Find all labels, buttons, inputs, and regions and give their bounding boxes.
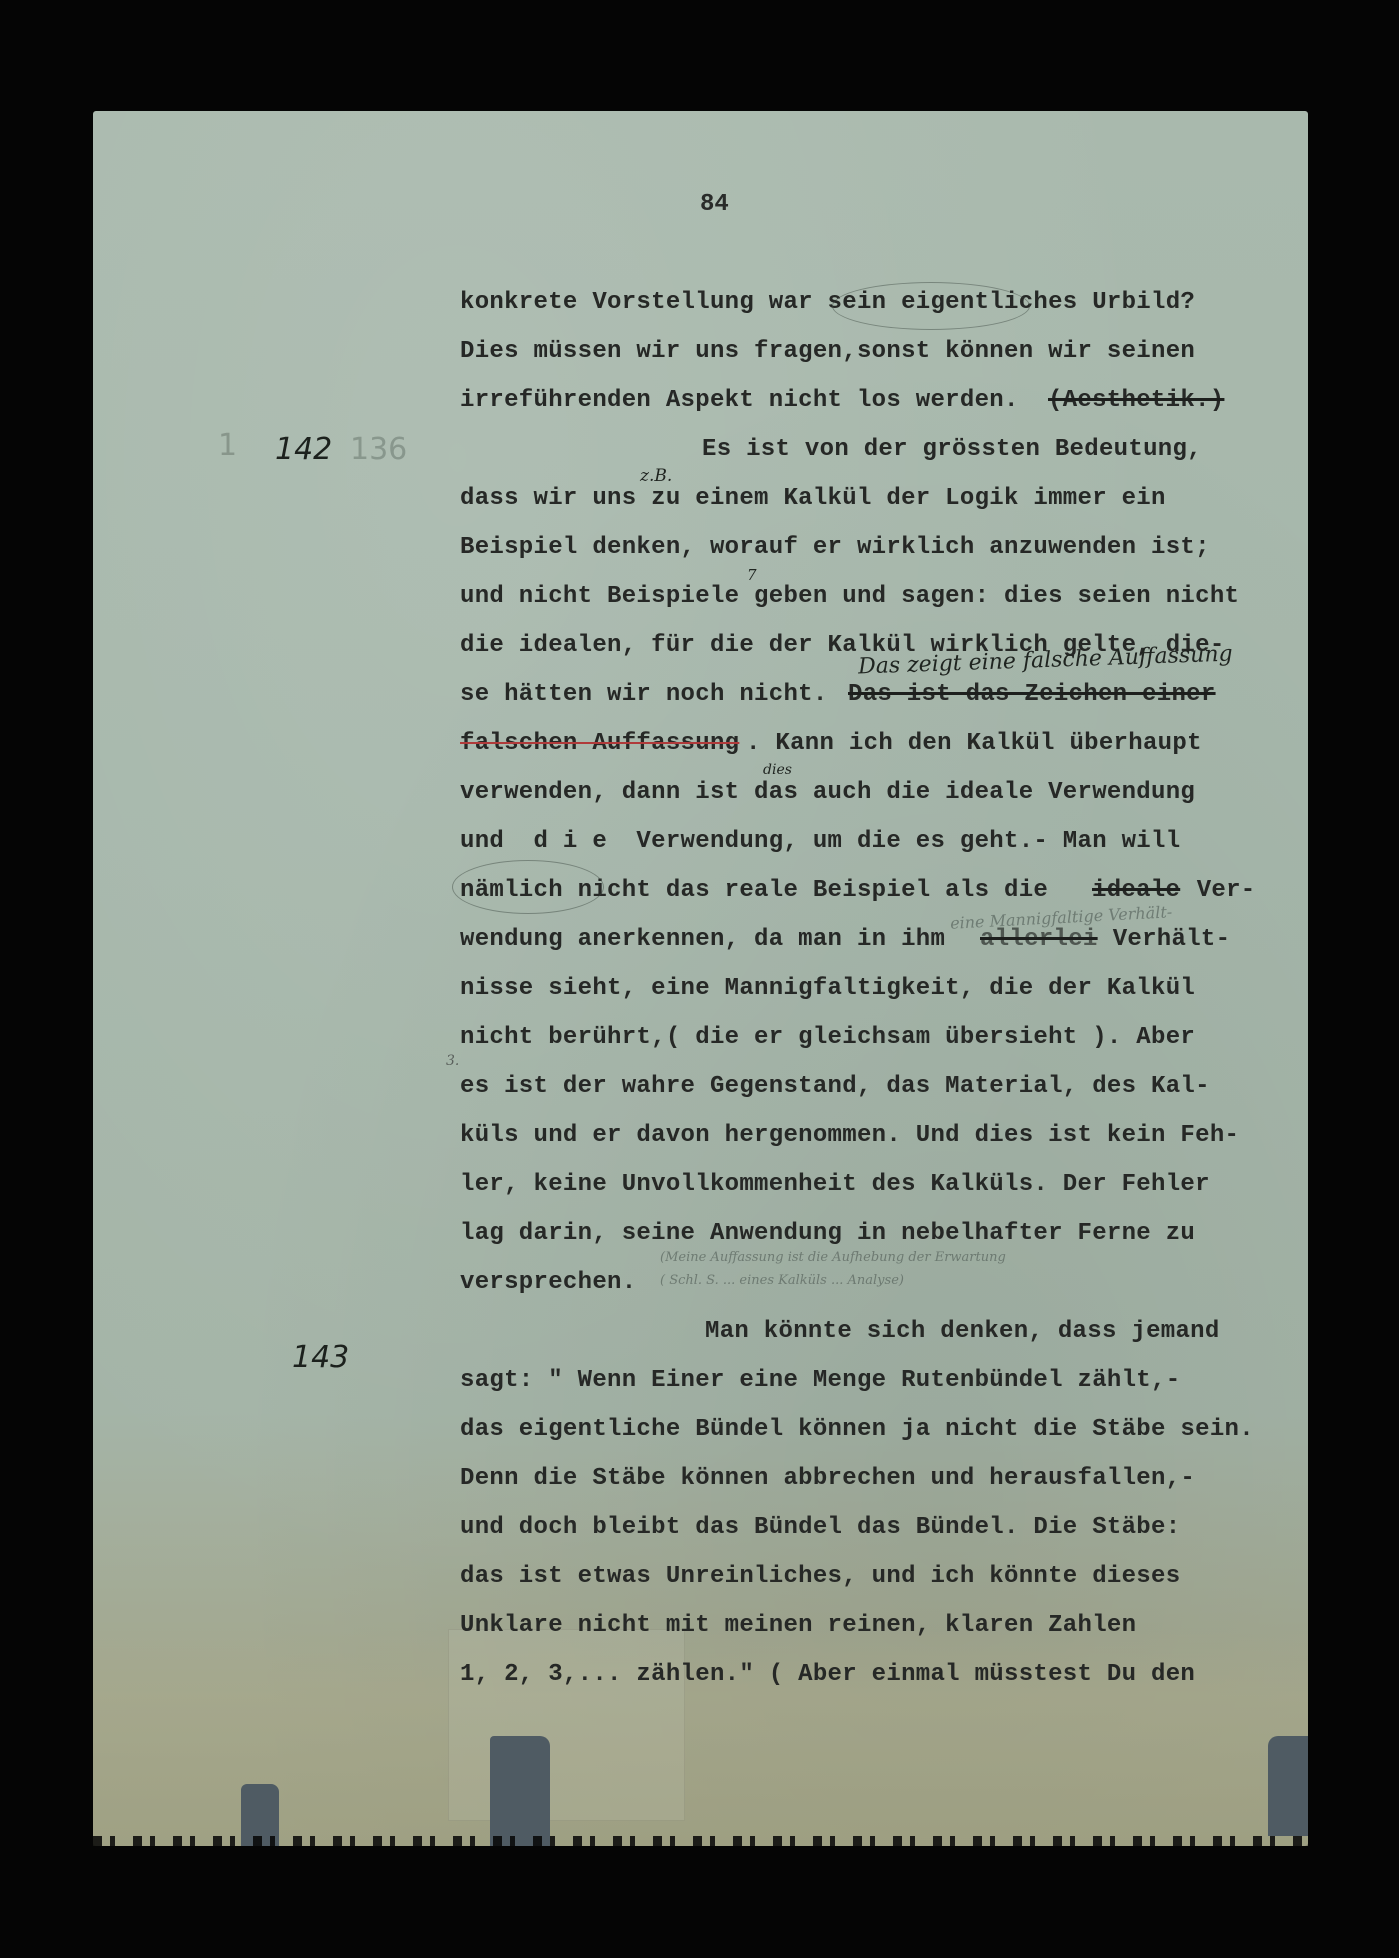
text-line: versprechen. <box>460 1268 636 1298</box>
struck-text: allerlei <box>980 925 1098 955</box>
text-line: sagt: " Wenn Einer eine Menge Rutenbünde… <box>460 1366 1180 1396</box>
pencil-note: ( Schl. S. ... eines Kalküls ... Analyse… <box>660 1273 904 1288</box>
text-line: . Kann ich den Kalkül überhaupt <box>746 729 1202 759</box>
text-line: ler, keine Unvollkommenheit des Kalküls.… <box>460 1170 1210 1200</box>
pencil-note: (Meine Auffassung ist die Aufhebung der … <box>660 1250 1006 1265</box>
handwritten-insertion: z.B. <box>640 466 672 486</box>
text-line: Denn die Stäbe können abbrechen und hera… <box>460 1464 1195 1494</box>
text-line: Man könnte sich denken, dass jemand <box>705 1317 1220 1347</box>
text-line: und d i e Verwendung, um die es geht.- M… <box>460 827 1180 857</box>
page-number: 84 <box>700 191 729 218</box>
text-line: wendung anerkennen, da man in ihm <box>460 925 945 955</box>
text-line: Verhält- <box>1098 925 1230 955</box>
text-line: irreführenden Aspekt nicht los werden. <box>460 386 1019 416</box>
handwritten-insertion: dies <box>763 762 792 778</box>
text-line: Dies müssen wir uns fragen,sonst können … <box>460 337 1195 367</box>
text-line: 1, 2, 3,... zählen." ( Aber einmal müsst… <box>460 1660 1195 1690</box>
margin-note-faint: 136 <box>350 432 407 467</box>
text-line: küls und er davon hergenommen. Und dies … <box>460 1121 1239 1151</box>
adhesive-tape-repair <box>448 1629 685 1821</box>
text-line: das ist etwas Unreinliches, und ich könn… <box>460 1562 1180 1592</box>
text-line: verwenden, dann ist das auch die ideale … <box>460 778 1195 808</box>
pencil-circle <box>832 282 1030 330</box>
paper-tear <box>1268 1736 1308 1836</box>
handwritten-mark: 3. <box>446 1053 459 1069</box>
struck-text: Das ist das Zeichen einer <box>848 680 1216 710</box>
text-line: und nicht Beispiele geben und sagen: die… <box>460 582 1239 612</box>
margin-section-number: 142 <box>275 432 332 467</box>
text-line: konkrete Vorstellung war sein eigentlich… <box>460 288 1195 318</box>
torn-edge <box>93 1836 1308 1850</box>
margin-note-faint: 1 <box>218 428 237 463</box>
text-line: Es ist von der grössten Bedeutung, <box>702 435 1202 465</box>
text-line: lag darin, seine Anwendung in nebelhafte… <box>460 1219 1195 1249</box>
struck-text: (Aesthetik.) <box>1048 386 1224 416</box>
text-line: se hätten wir noch nicht. <box>460 680 828 710</box>
paper-tear <box>490 1736 550 1846</box>
text-line: Beispiel denken, worauf er wirklich anzu… <box>460 533 1210 563</box>
pencil-circle <box>452 860 604 914</box>
margin-section-number: 143 <box>292 1340 349 1375</box>
text-line: Unklare nicht mit meinen reinen, klaren … <box>460 1611 1136 1641</box>
text-line: das eigentliche Bündel können ja nicht d… <box>460 1415 1254 1445</box>
struck-text: falschen Auffassung <box>460 729 739 759</box>
text-line: es ist der wahre Gegenstand, das Materia… <box>460 1072 1210 1102</box>
text-line: und doch bleibt das Bündel das Bündel. D… <box>460 1513 1180 1543</box>
text-line: nicht berührt,( die er gleichsam übersie… <box>460 1023 1195 1053</box>
text-line: nisse sieht, eine Mannigfaltigkeit, die … <box>460 974 1195 1004</box>
handwritten-mark: 7 <box>747 566 757 584</box>
text-line: dass wir uns zu einem Kalkül der Logik i… <box>460 484 1166 514</box>
text-line: Ver- <box>1182 876 1256 906</box>
